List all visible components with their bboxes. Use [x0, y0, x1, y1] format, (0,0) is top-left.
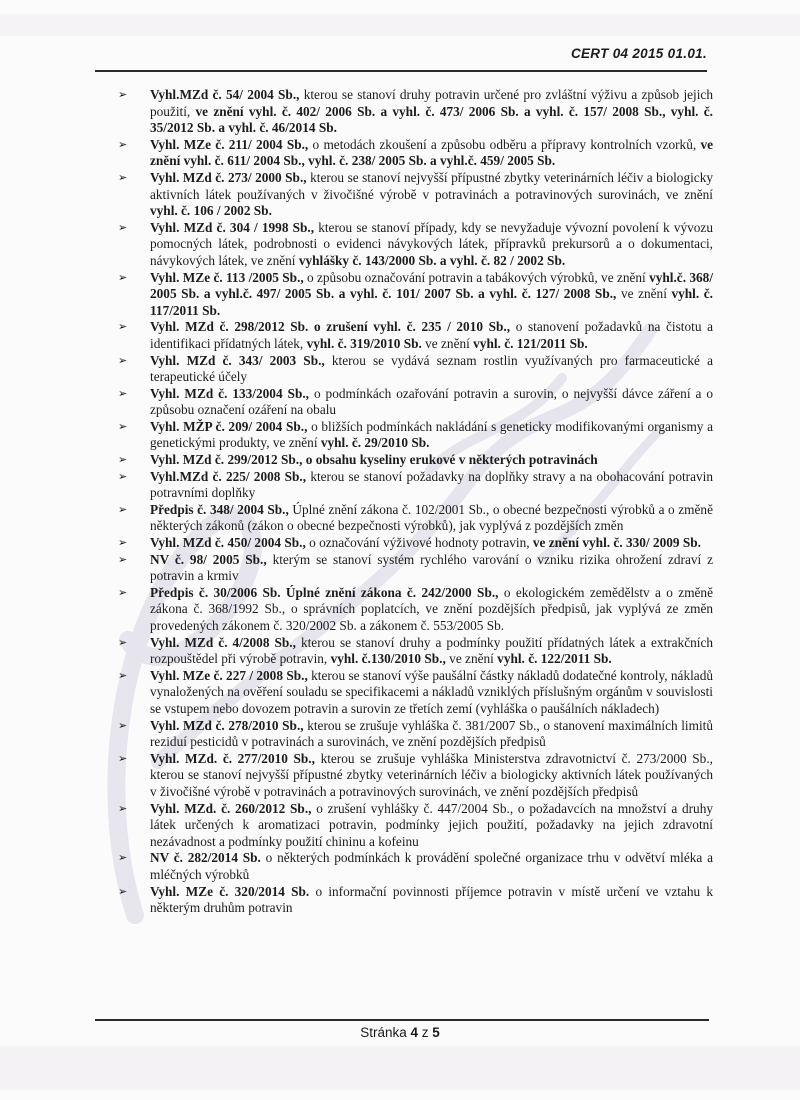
- list-item: ➢Vyhl. MZe č. 211/ 2004 Sb., o metodách …: [95, 137, 713, 170]
- item-text: Vyhl. MZd č. 298/2012 Sb. o zrušení vyhl…: [150, 319, 713, 351]
- list-item: ➢Vyhl. MZd č. 304 / 1998 Sb., kterou se …: [95, 220, 713, 270]
- list-item: ➢Vyhl. MZd č. 4/2008 Sb., kterou se stan…: [95, 635, 713, 668]
- item-text: Předpis č. 30/2006 Sb. Úplné znění zákon…: [150, 585, 713, 633]
- list-item: ➢Vyhl. MZd č. 298/2012 Sb. o zrušení vyh…: [95, 319, 713, 352]
- list-item: ➢Vyhl. MZe č. 320/2014 Sb. o informační …: [95, 884, 713, 917]
- arrow-bullet-icon: ➢: [118, 850, 127, 867]
- arrow-bullet-icon: ➢: [118, 668, 127, 685]
- list-item: ➢Vyhl. MZe č. 113 /2005 Sb., o způsobu o…: [95, 270, 713, 320]
- item-text: Vyhl. MZe č. 227 / 2008 Sb., kterou se s…: [150, 668, 713, 716]
- list-item: ➢Vyhl. MZe č. 227 / 2008 Sb., kterou se …: [95, 668, 713, 718]
- item-text: Vyhl. MZd č. 4/2008 Sb., kterou se stano…: [150, 635, 713, 667]
- list-item: ➢Vyhl. MZd č. 278/2010 Sb., kterou se zr…: [95, 718, 713, 751]
- list-item: ➢Předpis č. 30/2006 Sb. Úplné znění záko…: [95, 585, 713, 635]
- list-item: ➢Vyhl.MZd č. 54/ 2004 Sb., kterou se sta…: [95, 87, 713, 137]
- item-text: Vyhl. MZe č. 211/ 2004 Sb., o metodách z…: [150, 137, 713, 169]
- scan-artifact-band-bottom: [0, 1046, 800, 1090]
- arrow-bullet-icon: ➢: [118, 718, 127, 735]
- arrow-bullet-icon: ➢: [118, 419, 127, 436]
- arrow-bullet-icon: ➢: [118, 270, 127, 287]
- item-text: Vyhl. MZd č. 299/2012 Sb., o obsahu kyse…: [150, 452, 598, 467]
- arrow-bullet-icon: ➢: [118, 452, 127, 469]
- item-text: NV č. 98/ 2005 Sb., kterým se stanoví sy…: [150, 552, 713, 584]
- arrow-bullet-icon: ➢: [118, 585, 127, 602]
- arrow-bullet-icon: ➢: [118, 137, 127, 154]
- item-text: Vyhl. MZd č. 450/ 2004 Sb., o označování…: [150, 535, 701, 550]
- arrow-bullet-icon: ➢: [118, 884, 127, 901]
- arrow-bullet-icon: ➢: [118, 220, 127, 237]
- header-rule: [95, 70, 707, 72]
- item-text: Vyhl. MZd. č. 277/2010 Sb., kterou se zr…: [150, 751, 713, 799]
- list-item: ➢Vyhl.MZd č. 225/ 2008 Sb., kterou se st…: [95, 469, 713, 502]
- item-text: NV č. 282/2014 Sb. o některých podmínkác…: [150, 850, 713, 882]
- list-item: ➢Vyhl. MZd č. 450/ 2004 Sb., o označován…: [95, 535, 713, 552]
- item-text: Vyhl. MZd č. 304 / 1998 Sb., kterou se s…: [150, 220, 713, 268]
- item-text: Vyhl.MZd č. 225/ 2008 Sb., kterou se sta…: [150, 469, 713, 501]
- arrow-bullet-icon: ➢: [118, 353, 127, 370]
- arrow-bullet-icon: ➢: [118, 751, 127, 768]
- arrow-bullet-icon: ➢: [118, 319, 127, 336]
- list-item: ➢Vyhl. MZd. č. 260/2012 Sb., o zrušení v…: [95, 801, 713, 851]
- regulation-list: ➢Vyhl.MZd č. 54/ 2004 Sb., kterou se sta…: [95, 87, 713, 917]
- arrow-bullet-icon: ➢: [118, 801, 127, 818]
- list-item: ➢Vyhl. MZd č. 133/2004 Sb., o podmínkách…: [95, 386, 713, 419]
- item-text: Vyhl. MZe č. 113 /2005 Sb., o způsobu oz…: [150, 270, 713, 318]
- item-text: Vyhl. MZd č. 273/ 2000 Sb., kterou se st…: [150, 170, 713, 218]
- document-code: CERT 04 2015 01.01.: [571, 46, 707, 61]
- list-item: ➢Vyhl. MZd č. 299/2012 Sb., o obsahu kys…: [95, 452, 713, 469]
- arrow-bullet-icon: ➢: [118, 469, 127, 486]
- list-item: ➢Vyhl. MZd č. 343/ 2003 Sb., kterou se v…: [95, 353, 713, 386]
- item-text: Vyhl. MZe č. 320/2014 Sb. o informační p…: [150, 884, 713, 916]
- item-text: Předpis č. 348/ 2004 Sb., Úplné znění zá…: [150, 502, 713, 534]
- scan-artifact-band-top: [0, 14, 800, 36]
- scanned-document-page: CERT 04 2015 01.01. ➢Vyhl.MZd č. 54/ 200…: [0, 0, 800, 1100]
- list-item: ➢Vyhl. MZd. č. 277/2010 Sb., kterou se z…: [95, 751, 713, 801]
- arrow-bullet-icon: ➢: [118, 635, 127, 652]
- list-item: ➢Vyhl. MZd č. 273/ 2000 Sb., kterou se s…: [95, 170, 713, 220]
- item-text: Vyhl. MZd č. 278/2010 Sb., kterou se zru…: [150, 718, 713, 750]
- item-text: Vyhl. MZd č. 343/ 2003 Sb., kterou se vy…: [150, 353, 713, 385]
- page-number: Stránka 4 z 5: [0, 1025, 800, 1040]
- item-text: Vyhl. MZd č. 133/2004 Sb., o podmínkách …: [150, 386, 713, 418]
- item-text: Vyhl. MZd. č. 260/2012 Sb., o zrušení vy…: [150, 801, 713, 849]
- item-text: Vyhl. MŽP č. 209/ 2004 Sb., o bližších p…: [150, 419, 713, 451]
- arrow-bullet-icon: ➢: [118, 535, 127, 552]
- arrow-bullet-icon: ➢: [118, 502, 127, 519]
- arrow-bullet-icon: ➢: [118, 87, 127, 104]
- list-item: ➢Předpis č. 348/ 2004 Sb., Úplné znění z…: [95, 502, 713, 535]
- arrow-bullet-icon: ➢: [118, 386, 127, 403]
- list-item: ➢NV č. 98/ 2005 Sb., kterým se stanoví s…: [95, 552, 713, 585]
- arrow-bullet-icon: ➢: [118, 170, 127, 187]
- list-item: ➢NV č. 282/2014 Sb. o některých podmínká…: [95, 850, 713, 883]
- footer-rule: [95, 1019, 709, 1021]
- arrow-bullet-icon: ➢: [118, 552, 127, 569]
- list-item: ➢Vyhl. MŽP č. 209/ 2004 Sb., o bližších …: [95, 419, 713, 452]
- item-text: Vyhl.MZd č. 54/ 2004 Sb., kterou se stan…: [150, 87, 713, 135]
